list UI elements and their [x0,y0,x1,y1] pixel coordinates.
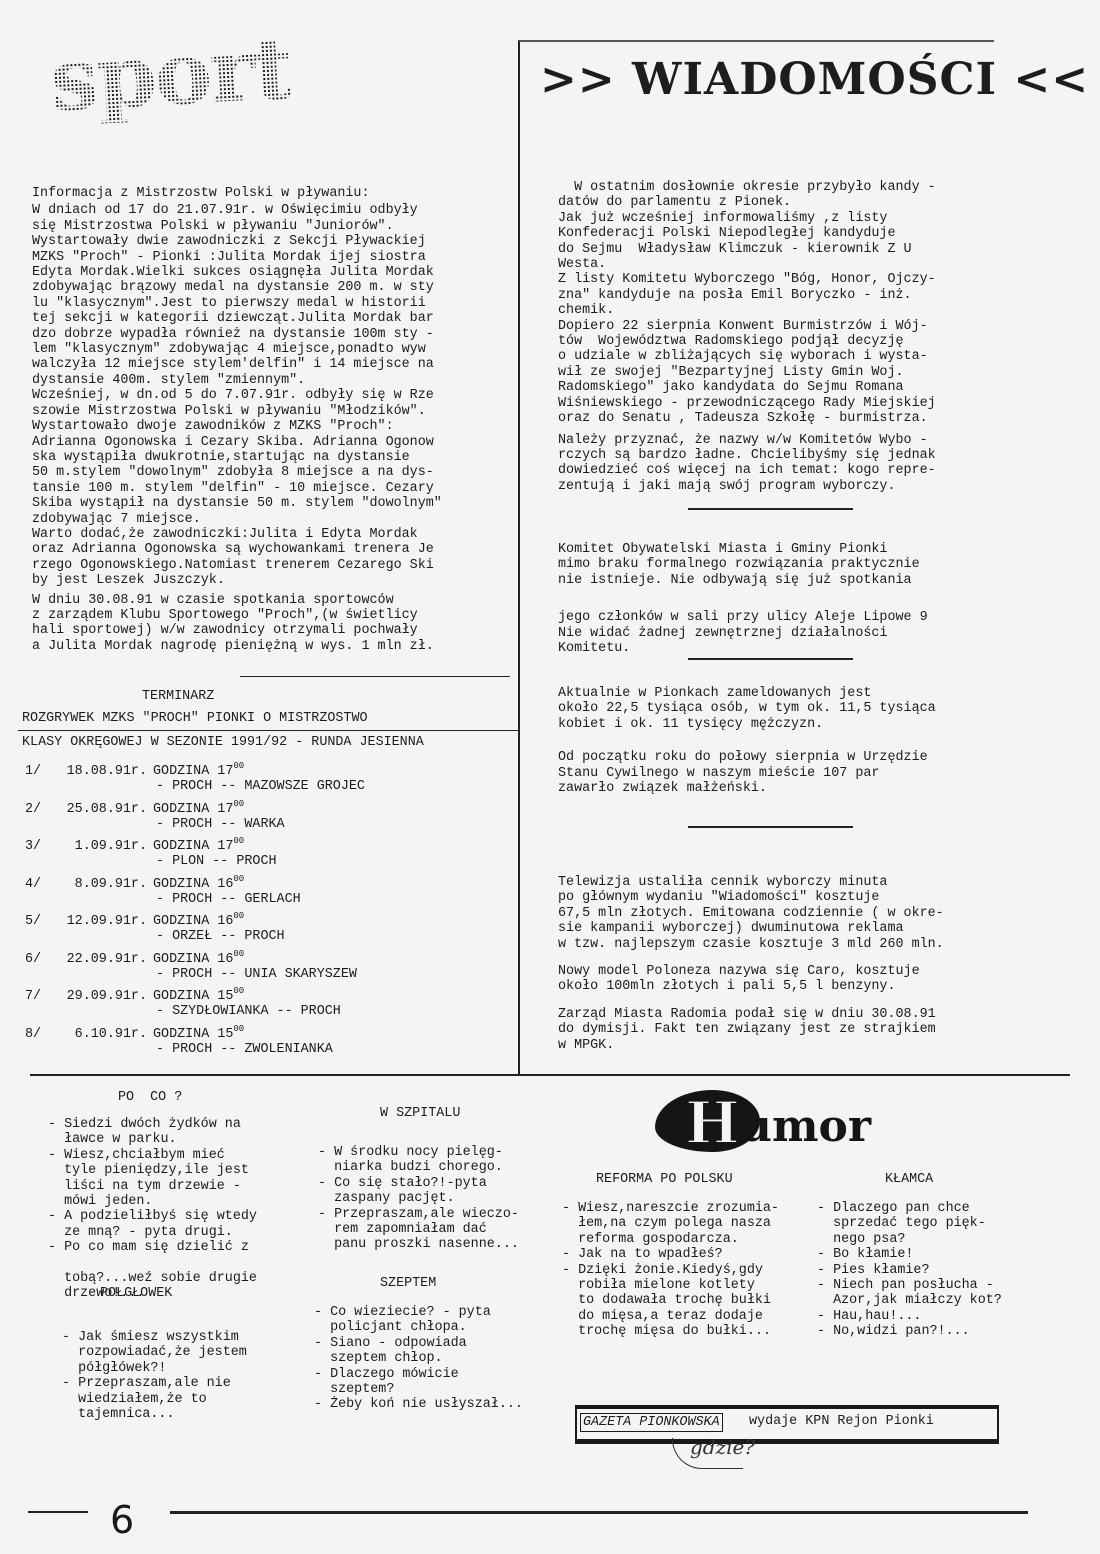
match-date: 1.09.91r. [51,839,153,854]
divider [688,826,853,828]
divider [688,508,853,510]
article-line: Wcześniej, w dn.od 5 do 7.07.91r. odbyły… [32,388,512,403]
match-date: 6.10.91r. [51,1027,153,1042]
joke-line: półgłówek?! [62,1361,247,1376]
article-line: dystansie 400m. stylem "zmiennym". [32,373,512,388]
article-line: W dniach od 17 do 21.07.91r. w Oświęcimi… [32,203,512,218]
joke-body: - W środku nocy pielęg- niarka budzi cho… [318,1145,519,1253]
news-paragraph: jego członków w sali przy ulicy Aleje Li… [558,610,998,656]
article-line: Wystartowało dwoje zawodników z MZKS "Pr… [32,419,512,434]
section-divider [30,1074,1070,1076]
news-line: Wiśniewskiego - przewodniczącego Rady Mi… [558,396,998,411]
article-line: Adrianna Ogonowska i Cezary Skiba. Adria… [32,435,512,450]
match-number: 5/ [25,914,51,929]
news-paragraph: Aktualnie w Pionkach zameldowanych jesto… [558,686,998,732]
match-row: 3/1.09.91r.GODZINA 1700- PLON -- PROCH [25,839,365,877]
joke-line: robiła mielone kotlety [562,1278,779,1293]
match-number: 4/ [25,877,51,892]
joke-line: - Po co mam się dzielić z [48,1240,257,1255]
article-line: hali sportowej) w/w zawodnicy otrzymali … [32,623,512,638]
sport-award-paragraph: W dniu 30.08.91 w czasie spotkania sport… [32,593,512,655]
humor-logo-text: umor [740,1104,871,1150]
match-date: 8.09.91r. [51,877,153,892]
article-line: zdobywając 7 miejsce. [32,512,512,527]
joke-body: - Siedzi dwóch żydków na ławce w parku.-… [48,1117,257,1302]
joke-line: - Dzięki żonie.Kiedyś,gdy [562,1263,779,1278]
joke-line: - Hau,hau!... [817,1309,1002,1324]
article-line: z zarządem Klubu Sportowego "Proch",(w ś… [32,608,512,623]
match-date: 22.09.91r. [51,952,153,967]
news-paragraph: Nowy model Poloneza nazywa się Caro, kos… [558,964,998,995]
news-line: około 100mln złotych i pali 5,5 l benzyn… [558,979,998,994]
match-time: GODZINA 1500 [153,989,244,1004]
news-line: Komitetu. [558,641,998,656]
joke-line: ławce w parku. [48,1132,257,1147]
news-line: mimo braku formalnego rozwiązania prakty… [558,557,998,572]
news-line: tów Województwa Radomskiego podjął decyz… [558,334,998,349]
news-line: do dymisji. Fakt ten związany jest ze st… [558,1022,998,1037]
match-date-time: 3/1.09.91r.GODZINA 1700 [25,839,365,854]
news-item: Telewizja ustaliła cennik wyborczy minut… [558,875,998,1053]
joke-title: KŁAMCA [885,1172,933,1187]
match-date: 18.08.91r. [51,764,153,779]
joke-line: ze mną? - pyta drugi. [48,1225,257,1240]
joke-line: - Żeby koń nie usłyszał... [314,1397,523,1412]
news-line: chemik. [558,303,998,318]
joke-line: - Siano - odpowiada [314,1336,523,1351]
news-line: dowiedzieć coś więcej na ich temat: kogo… [558,463,998,478]
match-teams: - PROCH -- ZWOLENIANKA [25,1042,365,1057]
news-line: Komitet Obywatelski Miasta i Gminy Pionk… [558,542,998,557]
news-line: Aktualnie w Pionkach zameldowanych jest [558,686,998,701]
article-line: Skiba wystąpił na dystansie 50 m. stylem… [32,496,512,511]
schedule-subtitle: ROZGRYWEK MZKS "PROCH" PIONKI O MISTRZOS… [22,711,368,726]
joke-line: nego psa? [817,1232,1002,1247]
joke-body: - Wiesz,nareszcie zrozumia- łem,na czym … [562,1201,779,1340]
match-date-time: 1/18.08.91r.GODZINA 1700 [25,764,365,779]
article-line: Wystartowały dwie zawodniczki z Sekcji P… [32,234,512,249]
match-row: 4/8.09.91r.GODZINA 1600- PROCH -- GERLAC… [25,877,365,915]
news-line: Stanu Cywilnego w naszym mieście 107 par [558,766,998,781]
news-line: zawarło związek małżeński. [558,781,998,796]
news-line: po głównym wydaniu "Wiadomości" kosztuje [558,890,998,905]
joke-line: - Niech pan posłucha - [817,1278,1002,1293]
joke-body: - Dlaczego pan chce sprzedać tego pięk- … [817,1201,1002,1340]
news-line: oraz do Senatu , Tadeusza Szkołę - burmi… [558,411,998,426]
page-rule [170,1511,1028,1514]
news-line: sie kampanii wyborczej) dwuminutowa rekl… [558,921,998,936]
article-line: W dniu 30.08.91 w czasie spotkania sport… [32,593,512,608]
match-row: 5/12.09.91r.GODZINA 1600- ORZEŁ -- PROCH [25,914,365,952]
joke-line: rem zapomniałam dać [318,1222,519,1237]
news-line: W ostatnim dosłownie okresie przybyło ka… [558,180,998,195]
joke-title: SZEPTEM [380,1276,436,1291]
joke-line: tyle pieniędzy,ile jest [48,1163,257,1178]
joke-title: PO CO ? [118,1090,182,1105]
joke-line: liści na tym drzewie - [48,1179,257,1194]
match-teams: - ORZEŁ -- PROCH [25,929,365,944]
joke-line: tobą?...weź sobie drugie [48,1271,257,1286]
article-line: 50 m.stylem "dowolnym" zdobyła 8 miejsce… [32,465,512,480]
publication-footer: GAZETA PIONKOWSKA wydaje KPN Rejon Pionk… [575,1405,999,1444]
article-line: ska wystąpiła dwukrotnie,startując na dy… [32,450,512,465]
match-teams: - PROCH -- WARKA [25,817,365,832]
match-date: 25.08.91r. [51,802,153,817]
match-date-time: 4/8.09.91r.GODZINA 1600 [25,877,365,892]
article-line: by jest Leszek Juszczyk. [32,573,512,588]
news-paragraph: W ostatnim dosłownie okresie przybyło ka… [558,180,998,427]
news-line: Od początku roku do połowy sierpnia w Ur… [558,750,998,765]
news-line: Jak już wcześniej informowaliśmy ,z list… [558,211,998,226]
news-line: wił ze swojej "Bezpartyjnej Listy Gmin W… [558,365,998,380]
match-date-time: 8/6.10.91r.GODZINA 1500 [25,1027,365,1042]
news-paragraph: Komitet Obywatelski Miasta i Gminy Pionk… [558,542,998,588]
news-line: jego członków w sali przy ulicy Aleje Li… [558,610,998,625]
joke-line: panu proszki nasenne... [318,1237,519,1252]
joke-line: to dodawała trochę bułki [562,1293,779,1308]
joke-line: łem,na czym polega nasza [562,1216,779,1231]
article-line: tej sekcji w kategorii dziewcząt.Julita … [32,311,512,326]
news-item: Komitet Obywatelski Miasta i Gminy Pionk… [558,542,998,656]
match-row: 7/29.09.91r.GODZINA 1500- SZYDŁOWIANKA -… [25,989,365,1027]
match-number: 1/ [25,764,51,779]
joke-title: REFORMA PO POLSKU [596,1172,733,1187]
humor-logo-initial: H [685,1094,740,1152]
match-time: GODZINA 1600 [153,877,244,892]
article-line: zdobywając brązowy medal na dystansie 20… [32,280,512,295]
news-line: 67,5 mln złotych. Emitowana codziennie (… [558,906,998,921]
joke-line: - Wiesz,chciałbym mieć [48,1148,257,1163]
article-line: się Mistrzostwa Polski w pływaniu "Junio… [32,219,512,234]
news-line: Nie widać żadnej zewnętrznej działalnośc… [558,626,998,641]
news-line: Westa. [558,257,998,272]
joke-line: - Wiesz,nareszcie zrozumia- [562,1201,779,1216]
joke-line: sprzedać tego pięk- [817,1216,1002,1231]
news-line: datów do parlamentu z Pionek. [558,195,998,210]
sport-section-title: sport [48,24,293,126]
joke-line: - Przepraszam,ale nie [62,1376,247,1391]
match-time: GODZINA 1600 [153,914,244,929]
joke-line: wiedziałem,że to [62,1392,247,1407]
joke-line: - A podzieliłbyś się wtedy [48,1209,257,1224]
article-line: Warto dodać,że zawodniczki:Julita i Edyt… [32,527,512,542]
handwritten-note: gdzie? [690,1440,755,1455]
match-number: 7/ [25,989,51,1004]
news-line: Radomskiego" jako kandydata do Sejmu Rom… [558,380,998,395]
news-line: Konfederacji Polski Niepodległej kandydu… [558,226,998,241]
joke-line: do mięsa,a teraz dodaje [562,1309,779,1324]
news-line: około 22,5 tysiąca osób, w tym ok. 11,5 … [558,701,998,716]
match-date: 29.09.91r. [51,989,153,1004]
joke-line: szeptem chłop. [314,1351,523,1366]
news-paragraph: Zarząd Miasta Radomia podał się w dniu 3… [558,1007,998,1053]
match-schedule: 1/18.08.91r.GODZINA 1700- PROCH -- MAZOW… [25,764,365,1064]
schedule-title: TERMINARZ [142,689,214,704]
news-line: zentują i jaki mają swój program wyborcz… [558,479,998,494]
joke-title: W SZPITALU [380,1106,460,1121]
match-row: 6/22.09.91r.GODZINA 1600- PROCH -- UNIA … [25,952,365,990]
joke-body: - Co wieziecie? - pyta policjant chłopa.… [314,1305,523,1413]
match-teams: - SZYDŁOWIANKA -- PROCH [25,1004,365,1019]
match-number: 6/ [25,952,51,967]
divider [240,676,510,677]
match-date-time: 7/29.09.91r.GODZINA 1500 [25,989,365,1004]
match-number: 2/ [25,802,51,817]
joke-line: zaspany pacjęt. [318,1191,519,1206]
joke-line: niarka budzi chorego. [318,1160,519,1175]
article-line: szowie Mistrzostwa Polski w pływaniu "Mł… [32,404,512,419]
article-line: rzego Ogonowskiego.Natomiast trenerem Ce… [32,558,512,573]
news-line: Dopiero 22 sierpnia Konwent Burmistrzów … [558,319,998,334]
article-line: Edyta Mordak.Wielki sukces osiągnęła Jul… [32,265,512,280]
joke-line: trochę mięsa do bułki... [562,1324,779,1339]
article-line: lu "klasycznym".Jest to pierwszy medal w… [32,296,512,311]
article-line: MZKS "Proch" - Pionki :Julita Mordak ije… [32,250,512,265]
joke-line: tajemnica... [62,1407,247,1422]
humor-logo: H umor [655,1090,875,1152]
schedule-subtitle: KLASY OKRĘGOWEJ W SEZONIE 1991/92 - RUND… [22,735,424,750]
news-section-title: >> WIADOMOŚCI << [540,56,1089,104]
match-number: 8/ [25,1027,51,1042]
publication-name: GAZETA PIONKOWSKA [580,1413,723,1432]
page-number: 6 [110,1500,134,1540]
news-paragraph: Od początku roku do połowy sierpnia w Ur… [558,750,998,796]
joke-line: reforma gospodarcza. [562,1232,779,1247]
article-line: a Julita Mordak nagrodę pieniężną w wys.… [32,639,512,654]
joke-line: - Pies kłamie? [817,1263,1002,1278]
article-line: dzo dobrze wypadła również na dystansie … [32,327,512,342]
match-teams: - PROCH -- UNIA SKARYSZEW [25,967,365,982]
match-date: 12.09.91r. [51,914,153,929]
joke-line [48,1256,257,1271]
news-line: Telewizja ustaliła cennik wyborczy minut… [558,875,998,890]
match-teams: - PROCH -- GERLACH [25,892,365,907]
news-line: Zarząd Miasta Radomia podał się w dniu 3… [558,1007,998,1022]
article-line: tansie 100 m. stylem "delfin" - 10 miejs… [32,481,512,496]
article-line: walczyła 12 miejsce stylem'delfin" i 14 … [32,357,512,372]
news-line: Należy przyznać, że nazwy w/w Komitetów … [558,433,998,448]
match-time: GODZINA 1600 [153,952,244,967]
joke-line: - Jak śmiesz wszystkim [62,1330,247,1345]
joke-line: Azor,jak miałczy kot? [817,1293,1002,1308]
joke-line: mówi jeden. [48,1194,257,1209]
divider [688,658,853,660]
joke-line: - No,widzi pan?!... [817,1324,1002,1339]
match-time: GODZINA 1700 [153,764,244,779]
joke-body: - Jak śmiesz wszystkim rozpowiadać,że je… [62,1330,247,1422]
match-teams: - PROCH -- MAZOWSZE GROJEC [25,779,365,794]
joke-line: - Dlaczego pan chce [817,1201,1002,1216]
joke-line: - Siedzi dwóch żydków na [48,1117,257,1132]
match-teams: - PLON -- PROCH [25,854,365,869]
news-paragraph: Telewizja ustaliła cennik wyborczy minut… [558,875,998,952]
sport-article-intro: Informacja z Mistrzostw Polski w pływani… [32,186,512,201]
joke-line: rozpowiadać,że jestem [62,1345,247,1360]
joke-line: - Co się stało?!-pyta [318,1176,519,1191]
joke-line: - W środku nocy pielęg- [318,1145,519,1160]
news-item: Aktualnie w Pionkach zameldowanych jesto… [558,686,998,796]
news-line: nie istnieje. Nie odbywają się już spotk… [558,573,998,588]
news-line: zna" kandyduje na posła Emil Boryczko - … [558,288,998,303]
news-line: rczych są bardzo ładne. Chcielibyśmy się… [558,448,998,463]
news-line: w MPGK. [558,1038,998,1053]
joke-line: - Jak na to wpadłeś? [562,1247,779,1262]
sport-article: Informacja z Mistrzostw Polski w pływani… [32,186,512,654]
publisher-text: wydaje KPN Rejon Pionki [749,1414,934,1429]
joke-line: policjant chłopa. [314,1320,523,1335]
sport-article-body: W dniach od 17 do 21.07.91r. w Oświęcimi… [32,203,512,588]
joke-line: - Przepraszam,ale wieczo- [318,1207,519,1222]
match-row: 2/25.08.91r.GODZINA 1700- PROCH -- WARKA [25,802,365,840]
news-line: kobiet i ok. 11 tysięcy mężczyzn. [558,717,998,732]
news-line: o udziale w zbliżających się wyborach i … [558,349,998,364]
match-date-time: 6/22.09.91r.GODZINA 1600 [25,952,365,967]
match-number: 3/ [25,839,51,854]
match-time: GODZINA 1500 [153,1027,244,1042]
joke-title: POŁGŁOWEK [100,1286,172,1301]
joke-line: - Dlaczego mówicie [314,1367,523,1382]
news-paragraph: Należy przyznać, że nazwy w/w Komitetów … [558,433,998,495]
match-date-time: 5/12.09.91r.GODZINA 1600 [25,914,365,929]
article-line: oraz Adrianna Ogonowska są wychowankami … [32,542,512,557]
news-line: Nowy model Poloneza nazywa się Caro, kos… [558,964,998,979]
page-rule [28,1511,88,1513]
match-row: 8/6.10.91r.GODZINA 1500- PROCH -- ZWOLEN… [25,1027,365,1065]
article-line: lem "klasycznym" zdobywając 4 miejsce,po… [32,342,512,357]
news-line: do Sejmu Władysław Klimczuk - kierownik … [558,242,998,257]
joke-line: - Co wieziecie? - pyta [314,1305,523,1320]
divider [18,730,518,731]
match-row: 1/18.08.91r.GODZINA 1700- PROCH -- MAZOW… [25,764,365,802]
match-time: GODZINA 1700 [153,802,244,817]
joke-line: - Bo kłamie! [817,1247,1002,1262]
match-time: GODZINA 1700 [153,839,244,854]
news-line: w tzw. najlepszym czasie kosztuje 3 mld … [558,937,998,952]
match-date-time: 2/25.08.91r.GODZINA 1700 [25,802,365,817]
news-item: W ostatnim dosłownie okresie przybyło ka… [558,180,998,494]
joke-line: szeptem? [314,1382,523,1397]
news-line: Z listy Komitetu Wyborczego "Bóg, Honor,… [558,272,998,287]
